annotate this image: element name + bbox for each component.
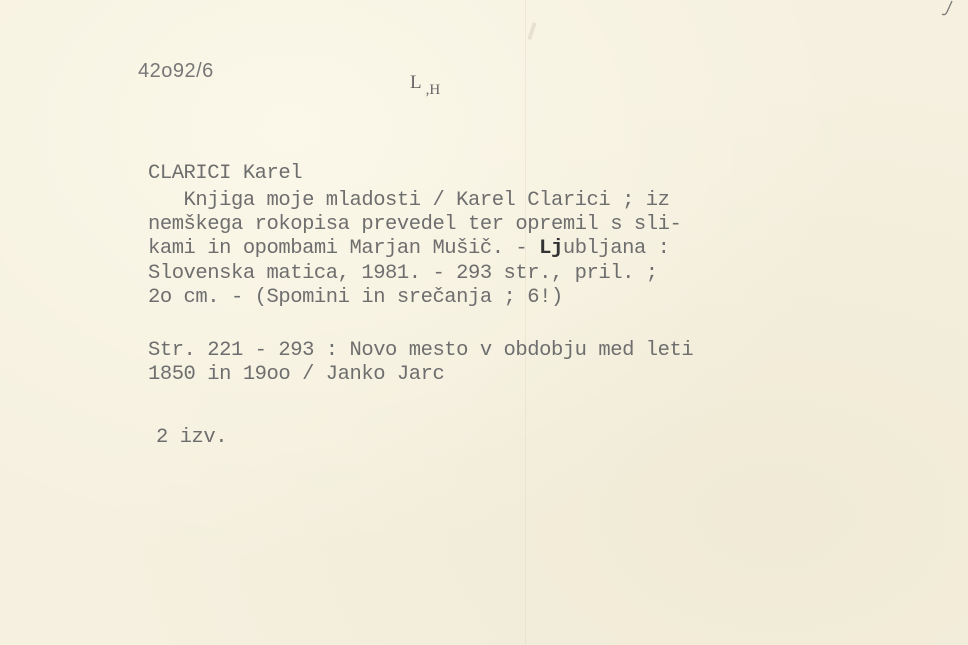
place-bold: Lj bbox=[539, 237, 563, 260]
copies-count: 2 izv. bbox=[156, 426, 227, 450]
pencil-smudge bbox=[527, 22, 536, 40]
note-line-2: 1850 in 19oo / Janko Jarc bbox=[148, 363, 444, 387]
series-line: 2o cm. - (Spomini in srečanja ; 6!) bbox=[148, 286, 563, 310]
location-mark: L,H bbox=[410, 72, 440, 94]
note-line-1: Str. 221 - 293 : Novo mesto v obdobju me… bbox=[148, 339, 693, 363]
accession-number: 42o92/6 bbox=[138, 60, 214, 83]
location-sub: ,H bbox=[426, 82, 441, 98]
title-line-1: Knjiga moje mladosti / Karel Clarici ; i… bbox=[148, 189, 670, 213]
title-line-3: kami in opombami Marjan Mušič. - Ljublja… bbox=[148, 237, 670, 261]
publication-line: Slovenska matica, 1981. - 293 str., pril… bbox=[148, 262, 658, 286]
card-crease bbox=[525, 0, 526, 645]
place-rest: ubljana : bbox=[563, 237, 670, 260]
author-heading: CLARICI Karel bbox=[148, 162, 302, 186]
title-line-3-text: kami in opombami Marjan Mušič. - bbox=[148, 237, 539, 260]
catalog-card: 42o92/6 L,H CLARICI Karel Knjiga moje ml… bbox=[0, 0, 968, 645]
checkmark-icon bbox=[940, 0, 954, 16]
location-letter: L bbox=[410, 72, 422, 93]
title-line-2: nemškega rokopisa prevedel ter opremil s… bbox=[148, 213, 681, 237]
